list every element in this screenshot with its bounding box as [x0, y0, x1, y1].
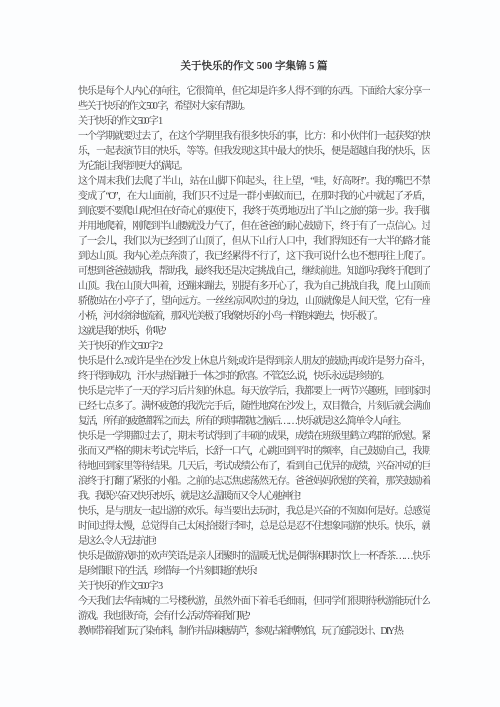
paragraph: 今天我们去华南城的二号楼秋游，虽然外面下着毛毛细雨，但同学们很期待秋游能玩什么游…: [78, 594, 430, 624]
text-line: 游戏。我也很好奇，会有什么活动等着我们呢?: [78, 609, 430, 624]
text-line: 小桥，河水徐徐地流着，那风光美极了!我像快乐的小鸟一样跑来跑去，快乐极了。: [78, 309, 430, 324]
paragraph: 快乐是每个人内心的向往，它很简单，但它却是许多人得不到的东西。下面给大家分享一些…: [78, 84, 430, 114]
text-line: 快乐是什么?或许是坐在沙发上休息片刻;或许是得到亲人朋友的鼓励;再或许是努力奋斗…: [78, 354, 430, 369]
paragraph: 这就是我的快乐，你呢?: [78, 324, 430, 339]
text-line: 时间过得太慢，总觉得自己太闲;拾掇行李时，总是总是忍不住想象同游的快乐。快乐，就: [78, 519, 430, 534]
paragraph: 教师带着我们玩了染布料，制作并品味糖葫芦，参观古箱博物馆，玩了庭院设计、DIY …: [78, 624, 430, 639]
text-line: 到底要不要爬山呢?但在好奇心的驱使下，我终于英勇地迈出了半山之旅的第一步。我手脚: [78, 204, 430, 219]
paragraph: 快乐，是与朋友一起出游的欢乐。每当要出去玩时，我总是兴奋的不知如何是好。总感觉时…: [78, 504, 430, 549]
text-line: 是这么令人无法抗拒!: [78, 534, 430, 549]
text-line: 可想到爸爸鼓励我，帮助我，最终我还是决定挑战自己，继续前进。知道吗?我终于爬到了: [78, 264, 430, 279]
text-line: 已经七点多了。满怀疲惫的我洗完手后，随性地窝在沙发上，双目微合，片刻后就会满血: [78, 399, 430, 414]
text-line: 这就是我的快乐，你呢?: [78, 324, 430, 339]
paragraph: 快乐是做游戏时的欢声笑语;是亲人团聚时的温暖无忧;是偶得闲暇时饮上一杯香茶……快…: [78, 549, 430, 579]
text-line: 快乐是做游戏时的欢声笑语;是亲人团聚时的温暖无忧;是偶得闲暇时饮上一杯香茶……快…: [78, 549, 430, 564]
paragraph: 一个学期就要过去了，在这个学期里我有很多快乐的事，比方：和小伙伴们一起获奖的快乐…: [78, 129, 430, 174]
document-body: 快乐是每个人内心的向往，它很简单，但它却是许多人得不到的东西。下面给大家分享一些…: [78, 84, 430, 639]
text-line: 关于快乐的作文 500 字 3: [78, 579, 430, 594]
text-line: 了一会儿，我们以为已经到了山顶了，但从下山行人口中，我们得知还有一大半的路才能: [78, 234, 430, 249]
text-line: 骄傲!站在小亭子了，望向远方。一丝丝凉风吹过的身边，山顶就像是人间天堂，它有一座: [78, 294, 430, 309]
text-line: 变成了“O”，在大山面前，我们只不过是一群小蚂蚁而已，在那时我的心中就起了矛盾，: [78, 189, 430, 204]
text-line: 我。我既兴奋又快乐!快乐，就是这么温暖而又令人心驰神往!: [78, 489, 430, 504]
text-line: 到达山顶。我内心差点奔溃了，我已经累得不行了，这下我可说什么也不想再往上爬了。: [78, 249, 430, 264]
text-line: 关于快乐的作文 500 字 2: [78, 339, 430, 354]
document-title: 关于快乐的作文 500 字集锦 5 篇: [78, 59, 430, 74]
section-heading: 关于快乐的作文 500 字 1: [78, 114, 430, 129]
paragraph: 这个周末我们去爬了半山，站在山脚下仰起头，往上望，“哇，好高呀!”。我的嘴巴不禁…: [78, 174, 430, 324]
text-line: 并用地爬着，刚爬到半山腰就没力气了，但在爸爸的耐心鼓励下，终于有了一点信心。过: [78, 219, 430, 234]
text-line: 些关于快乐的作文 500 字，希望对大家有帮助。: [78, 99, 430, 114]
text-line: 关于快乐的作文 500 字 1: [78, 114, 430, 129]
text-line: 待地回到家里等待结果。几天后，考试成绩公布了，看到自己优异的成绩，兴奋冲动的巨: [78, 459, 430, 474]
paragraph: 快乐是一学期都过去了，期末考试得到了丰硕的成果，成绩在班级里鹤立鸡群的欣慰。紧张…: [78, 429, 430, 504]
text-line: 是珍惜眼下的生活，珍惜每一个片刻即逝的快乐!: [78, 564, 430, 579]
document-page: 关于快乐的作文 500 字集锦 5 篇 快乐是每个人内心的向往，它很简单，但它却…: [0, 0, 500, 707]
text-line: 快乐是完毕了一天的学习后片刻的休息。每天放学后，我都要上一两节兴趣班，回到家时: [78, 384, 430, 399]
text-line: 山顶。我在山顶大叫着，还蹦来蹦去，别提有多开心了，我为自己挑战自我，爬上山顶而: [78, 279, 430, 294]
paragraph: 快乐是完毕了一天的学习后片刻的休息。每天放学后，我都要上一两节兴趣班，回到家时已…: [78, 384, 430, 429]
section-heading: 关于快乐的作文 500 字 3: [78, 579, 430, 594]
text-line: 快乐是一学期都过去了，期末考试得到了丰硕的成果，成绩在班级里鹤立鸡群的欣慰。紧: [78, 429, 430, 444]
text-line: 快乐是每个人内心的向往，它很简单，但它却是许多人得不到的东西。下面给大家分享一: [78, 84, 430, 99]
text-line: 终于得到成功，汗水与热泪融于一体之时的欣喜。不管怎么说，快乐永远是珍贵的。: [78, 369, 430, 384]
text-line: 快乐，是与朋友一起出游的欢乐。每当要出去玩时，我总是兴奋的不知如何是好。总感觉: [78, 504, 430, 519]
text-line: 浪终于打翻了紧张的小船。之前的忐忑焦虑荡然无存。爸爸妈妈欣慰的笑着，那笑鼓励着: [78, 474, 430, 489]
text-line: 为它能让我得到更大的满足。: [78, 159, 430, 174]
text-line: 乐，一起表演节目的快乐，等等。但我发现这其中最大的快乐，便是超越自我的快乐，因: [78, 144, 430, 159]
text-line: 复活，所有的疲惫都挥之而去，所有的琐事都抛之脑后……快乐就是这么简单令人向往。: [78, 414, 430, 429]
text-line: 这个周末我们去爬了半山，站在山脚下仰起头，往上望，“哇，好高呀!”。我的嘴巴不禁: [78, 174, 430, 189]
paragraph: 快乐是什么?或许是坐在沙发上休息片刻;或许是得到亲人朋友的鼓励;再或许是努力奋斗…: [78, 354, 430, 384]
text-line: 今天我们去华南城的二号楼秋游，虽然外面下着毛毛细雨，但同学们很期待秋游能玩什么: [78, 594, 430, 609]
text-line: 张而又严格的期末考试完毕后，长舒一口气，心跳回到平时的频率，自己鼓励自己，我期: [78, 444, 430, 459]
text-line: 一个学期就要过去了，在这个学期里我有很多快乐的事，比方：和小伙伴们一起获奖的快: [78, 129, 430, 144]
section-heading: 关于快乐的作文 500 字 2: [78, 339, 430, 354]
text-line: 教师带着我们玩了染布料，制作并品味糖葫芦，参观古箱博物馆，玩了庭院设计、DIY …: [78, 624, 430, 639]
